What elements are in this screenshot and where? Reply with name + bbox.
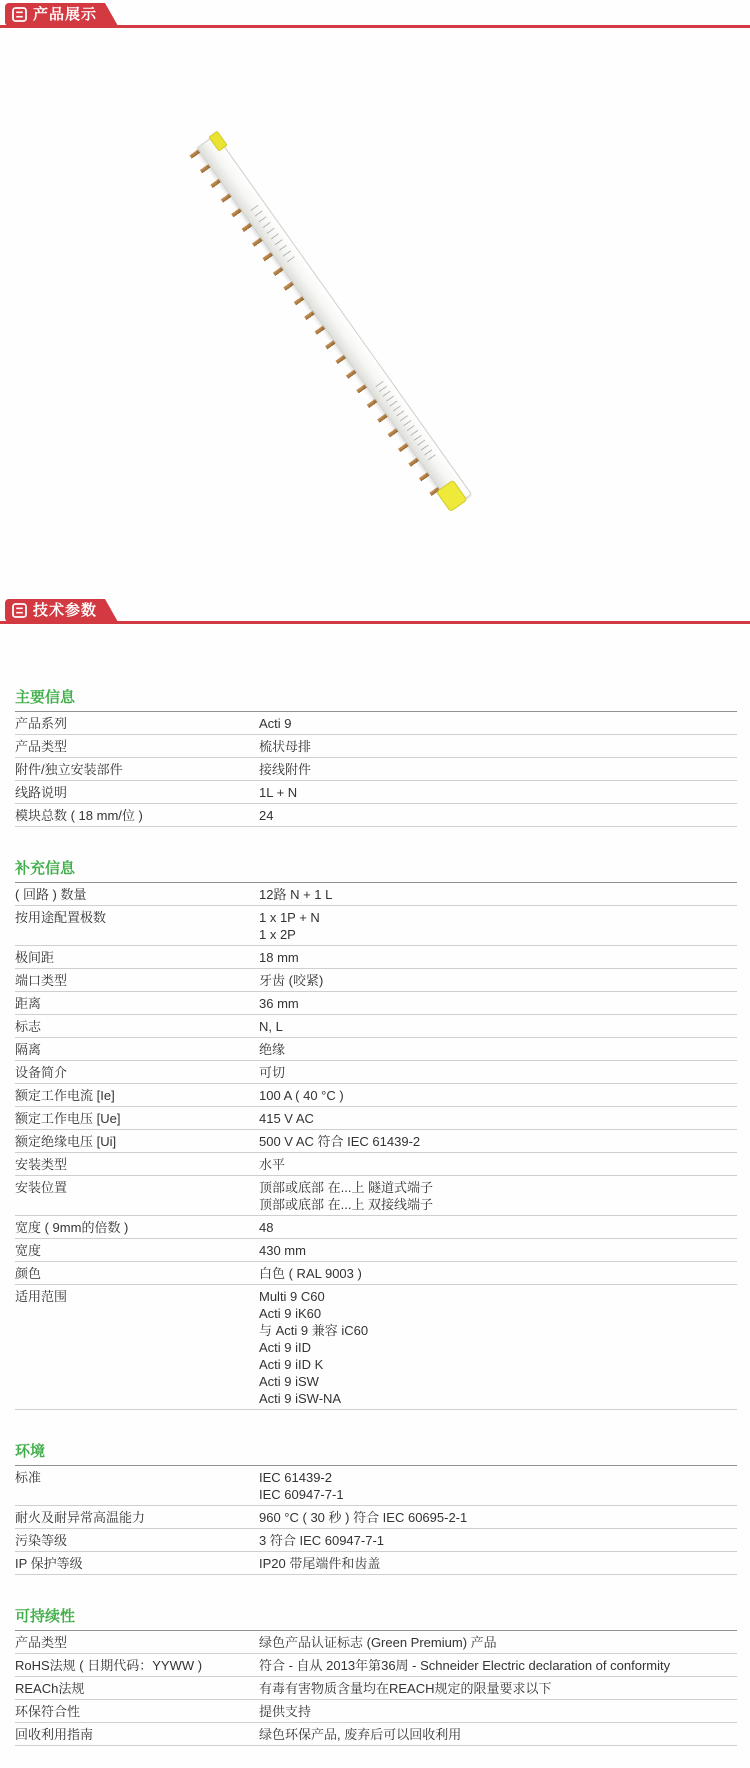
spec-value: 提供支持 [259, 1703, 737, 1720]
spec-label: 产品系列 [15, 715, 259, 732]
section-title: 补充信息 [15, 857, 737, 883]
banner-title-product-display: 产品展示 [33, 3, 97, 26]
spec-label: 产品类型 [15, 1634, 259, 1651]
spec-row: 设备简介可切 [15, 1061, 737, 1084]
spec-value-line: 可切 [259, 1064, 737, 1081]
banner-tech-params: 技术参数 [5, 599, 105, 622]
spec-value-line: 36 mm [259, 995, 737, 1012]
spec-row: 宽度430 mm [15, 1239, 737, 1262]
spec-label: 标志 [15, 1018, 259, 1035]
spec-row: 端口类型牙齿 (咬紧) [15, 969, 737, 992]
spec-value: Multi 9 C60Acti 9 iK60与 Acti 9 兼容 iC60Ac… [259, 1288, 737, 1407]
spec-row: 附件/独立安装部件接线附件 [15, 758, 737, 781]
spec-label: REACh法规 [15, 1680, 259, 1697]
spec-value: 24 [259, 807, 737, 824]
spec-value-line: IP20 带尾端件和齿盖 [259, 1555, 737, 1572]
spec-label: 安装类型 [15, 1156, 259, 1173]
header-tech-params: 技术参数 [0, 596, 750, 626]
section-title: 环境 [15, 1440, 737, 1466]
spec-label: 端口类型 [15, 972, 259, 989]
spec-row: 标准IEC 61439-2IEC 60947-7-1 [15, 1466, 737, 1506]
spec-section: 补充信息( 回路 ) 数量12路 N + 1 L按用途配置极数1 x 1P + … [15, 857, 737, 1410]
spec-value: 960 °C ( 30 秒 ) 符合 IEC 60695-2-1 [259, 1509, 737, 1526]
spec-content: 主要信息产品系列Acti 9产品类型梳状母排附件/独立安装部件接线附件线路说明1… [0, 686, 750, 1768]
spec-label: 距离 [15, 995, 259, 1012]
spec-value-line: 顶部或底部 在...上 隧道式端子 [259, 1179, 737, 1196]
spec-value-line: 顶部或底部 在...上 双接线端子 [259, 1196, 737, 1213]
spec-value-line: 有毒有害物质含量均在REACH规定的限量要求以下 [259, 1680, 737, 1697]
spec-value: 水平 [259, 1156, 737, 1173]
spec-row: 宽度 ( 9mm的倍数 )48 [15, 1216, 737, 1239]
spec-label: IP 保护等级 [15, 1555, 259, 1572]
spec-label: 额定绝缘电压 [Ui] [15, 1133, 259, 1150]
spec-value: 牙齿 (咬紧) [259, 972, 737, 989]
spec-row: 耐火及耐异常高温能力960 °C ( 30 秒 ) 符合 IEC 60695-2… [15, 1506, 737, 1529]
spec-value: N, L [259, 1018, 737, 1035]
spec-row: 产品类型绿色产品认证标志 (Green Premium) 产品 [15, 1631, 737, 1654]
spec-label: 环保符合性 [15, 1703, 259, 1720]
spec-value-line: N, L [259, 1018, 737, 1035]
spec-value-line: 提供支持 [259, 1703, 737, 1720]
spec-value-line: Acti 9 iK60 [259, 1305, 737, 1322]
spec-value: 1L + N [259, 784, 737, 801]
spec-row: 污染等级3 符合 IEC 60947-7-1 [15, 1529, 737, 1552]
comb-busbar-illustration [183, 134, 470, 516]
spec-value-line: 3 符合 IEC 60947-7-1 [259, 1532, 737, 1549]
spec-row: RoHS法规 ( 日期代码：YYWW )符合 - 自从 2013年第36周 - … [15, 1654, 737, 1677]
spec-row: 适用范围Multi 9 C60Acti 9 iK60与 Acti 9 兼容 iC… [15, 1285, 737, 1410]
section-title: 主要信息 [15, 686, 737, 712]
document-lines-icon [12, 7, 27, 22]
spec-value-line: IEC 60947-7-1 [259, 1486, 737, 1503]
spec-label: 附件/独立安装部件 [15, 761, 259, 778]
section-title: 可持续性 [15, 1605, 737, 1631]
spec-value: 36 mm [259, 995, 737, 1012]
spec-value: 48 [259, 1219, 737, 1236]
spec-label: 标准 [15, 1469, 259, 1486]
spec-value-line: 绿色环保产品, 废弃后可以回收利用 [259, 1726, 737, 1743]
spec-label: 宽度 [15, 1242, 259, 1259]
busbar-copper-teeth [189, 147, 443, 496]
spec-value-line: 梳状母排 [259, 738, 737, 755]
banner-title-tech-params: 技术参数 [33, 599, 97, 622]
spec-row: 模块总数 ( 18 mm/位 )24 [15, 804, 737, 827]
spec-row: 安装类型水平 [15, 1153, 737, 1176]
spec-value: 梳状母排 [259, 738, 737, 755]
banner-product-display: 产品展示 [5, 3, 105, 26]
banner-slant-decoration [105, 599, 118, 622]
spec-value-line: 绿色产品认证标志 (Green Premium) 产品 [259, 1634, 737, 1651]
spec-value-line: 1 x 2P [259, 926, 737, 943]
spec-value: 绿色产品认证标志 (Green Premium) 产品 [259, 1634, 737, 1651]
spec-value: 18 mm [259, 949, 737, 966]
spec-row: 安装位置顶部或底部 在...上 隧道式端子顶部或底部 在...上 双接线端子 [15, 1176, 737, 1216]
spec-value: IP20 带尾端件和齿盖 [259, 1555, 737, 1572]
spec-row: 距离36 mm [15, 992, 737, 1015]
spec-value: 500 V AC 符合 IEC 61439-2 [259, 1133, 737, 1150]
spec-label: 模块总数 ( 18 mm/位 ) [15, 807, 259, 824]
spec-value-line: 960 °C ( 30 秒 ) 符合 IEC 60695-2-1 [259, 1509, 737, 1526]
spec-sections: 主要信息产品系列Acti 9产品类型梳状母排附件/独立安装部件接线附件线路说明1… [15, 686, 737, 1746]
spec-row: REACh法规有毒有害物质含量均在REACH规定的限量要求以下 [15, 1677, 737, 1700]
spec-label: 颜色 [15, 1265, 259, 1282]
spec-label: 污染等级 [15, 1532, 259, 1549]
spec-row: ( 回路 ) 数量12路 N + 1 L [15, 883, 737, 906]
spec-label: 适用范围 [15, 1288, 259, 1305]
spec-label: 安装位置 [15, 1179, 259, 1196]
spec-row: 环保符合性提供支持 [15, 1700, 737, 1723]
spec-value: 415 V AC [259, 1110, 737, 1127]
spec-row: 回收利用指南绿色环保产品, 废弃后可以回收利用 [15, 1723, 737, 1746]
spec-value-line: 接线附件 [259, 761, 737, 778]
spec-label: ( 回路 ) 数量 [15, 886, 259, 903]
spec-row: 颜色白色 ( RAL 9003 ) [15, 1262, 737, 1285]
spec-row: 极间距18 mm [15, 946, 737, 969]
spec-value-line: 500 V AC 符合 IEC 61439-2 [259, 1133, 737, 1150]
spec-label: 宽度 ( 9mm的倍数 ) [15, 1219, 259, 1236]
document-lines-icon [12, 603, 27, 618]
spec-row: 隔离绝缘 [15, 1038, 737, 1061]
spec-row: 额定绝缘电压 [Ui]500 V AC 符合 IEC 61439-2 [15, 1130, 737, 1153]
spec-value: 430 mm [259, 1242, 737, 1259]
spec-value: 符合 - 自从 2013年第36周 - Schneider Electric d… [259, 1657, 737, 1674]
spec-label: 回收利用指南 [15, 1726, 259, 1743]
spec-value-line: Acti 9 iID K [259, 1356, 737, 1373]
spec-value-line: 符合 - 自从 2013年第36周 - Schneider Electric d… [259, 1657, 737, 1674]
spec-value-line: Multi 9 C60 [259, 1288, 737, 1305]
spec-value: IEC 61439-2IEC 60947-7-1 [259, 1469, 737, 1503]
spec-row: IP 保护等级IP20 带尾端件和齿盖 [15, 1552, 737, 1575]
spec-value: 12路 N + 1 L [259, 886, 737, 903]
spec-value: Acti 9 [259, 715, 737, 732]
spec-value-line: 1 x 1P + N [259, 909, 737, 926]
spec-value-line: 24 [259, 807, 737, 824]
spec-value-line: 白色 ( RAL 9003 ) [259, 1265, 737, 1282]
spec-value-line: 水平 [259, 1156, 737, 1173]
spec-label: 极间距 [15, 949, 259, 966]
spec-value-line: 绝缘 [259, 1041, 737, 1058]
spec-label: 按用途配置极数 [15, 909, 259, 926]
spec-value-line: 430 mm [259, 1242, 737, 1259]
spec-value-line: Acti 9 iSW-NA [259, 1390, 737, 1407]
spec-value: 顶部或底部 在...上 隧道式端子顶部或底部 在...上 双接线端子 [259, 1179, 737, 1213]
banner-slant-decoration [105, 3, 118, 26]
spec-value: 白色 ( RAL 9003 ) [259, 1265, 737, 1282]
spec-label: 隔离 [15, 1041, 259, 1058]
product-image [0, 30, 750, 596]
spec-label: RoHS法规 ( 日期代码：YYWW ) [15, 1657, 259, 1674]
spec-value-line: 12路 N + 1 L [259, 886, 737, 903]
spec-value-line: 牙齿 (咬紧) [259, 972, 737, 989]
spec-value: 可切 [259, 1064, 737, 1081]
spec-row: 额定工作电压 [Ue]415 V AC [15, 1107, 737, 1130]
spec-label: 线路说明 [15, 784, 259, 801]
spec-value: 绝缘 [259, 1041, 737, 1058]
spec-value: 接线附件 [259, 761, 737, 778]
spec-row: 标志N, L [15, 1015, 737, 1038]
spec-label: 额定工作电压 [Ue] [15, 1110, 259, 1127]
spec-section: 主要信息产品系列Acti 9产品类型梳状母排附件/独立安装部件接线附件线路说明1… [15, 686, 737, 827]
spec-row: 按用途配置极数1 x 1P + N1 x 2P [15, 906, 737, 946]
spec-value-line: 100 A ( 40 °C ) [259, 1087, 737, 1104]
spec-label: 额定工作电流 [Ie] [15, 1087, 259, 1104]
spec-value-line: IEC 61439-2 [259, 1469, 737, 1486]
spec-row: 线路说明1L + N [15, 781, 737, 804]
spec-section: 环境标准IEC 61439-2IEC 60947-7-1耐火及耐异常高温能力96… [15, 1440, 737, 1575]
spec-value-line: 1L + N [259, 784, 737, 801]
spec-value: 3 符合 IEC 60947-7-1 [259, 1532, 737, 1549]
header-product-display: 产品展示 [0, 0, 750, 30]
spec-value-line: 48 [259, 1219, 737, 1236]
spec-row: 产品系列Acti 9 [15, 712, 737, 735]
spec-value-line: Acti 9 iSW [259, 1373, 737, 1390]
spec-value-line: 与 Acti 9 兼容 iC60 [259, 1322, 737, 1339]
spec-label: 产品类型 [15, 738, 259, 755]
spec-value: 绿色环保产品, 废弃后可以回收利用 [259, 1726, 737, 1743]
spec-value: 有毒有害物质含量均在REACH规定的限量要求以下 [259, 1680, 737, 1697]
spec-value: 1 x 1P + N1 x 2P [259, 909, 737, 943]
spec-value: 100 A ( 40 °C ) [259, 1087, 737, 1104]
spec-value-line: Acti 9 iID [259, 1339, 737, 1356]
spec-value-line: Acti 9 [259, 715, 737, 732]
spec-value-line: 18 mm [259, 949, 737, 966]
spec-label: 耐火及耐异常高温能力 [15, 1509, 259, 1526]
spec-value-line: 415 V AC [259, 1110, 737, 1127]
spec-row: 产品类型梳状母排 [15, 735, 737, 758]
spec-row: 额定工作电流 [Ie]100 A ( 40 °C ) [15, 1084, 737, 1107]
spec-label: 设备简介 [15, 1064, 259, 1081]
